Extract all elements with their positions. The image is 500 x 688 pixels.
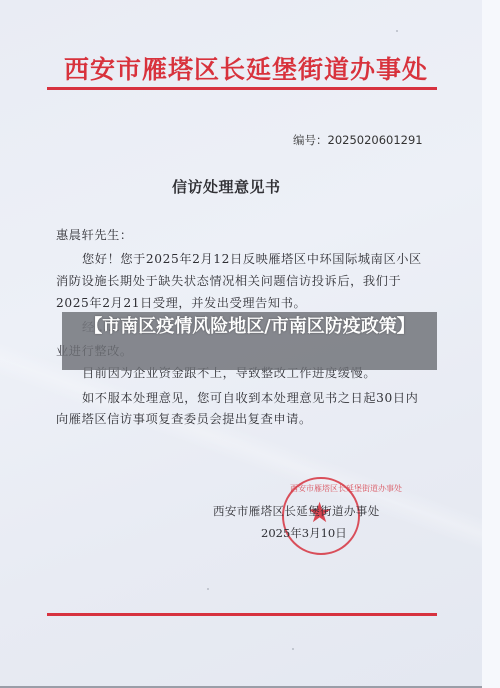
salutation: 惠晨轩先生：: [56, 226, 133, 243]
body-line: 向雁塔区信访事项复查委员会提出复查申请。: [56, 410, 312, 427]
letterhead-organization: 西安市雁塔区长延堡街道办事处: [60, 50, 432, 86]
body-line: 如不服本处理意见，您可自收到本处理意见书之日起30日内: [82, 389, 418, 406]
body-line: 您好！您于2025年2月12日反映雁塔区中环国际城南区小区: [82, 250, 422, 267]
signature-organization: 西安市雁塔区长延堡街道办事处: [213, 503, 380, 519]
paper-speck: [292, 648, 294, 650]
letterhead-red-rule: [47, 87, 437, 90]
caption-overlay: 【市南区疫情风险地区/市南区防疫政策】: [62, 312, 437, 370]
document-page: 西安市雁塔区长延堡街道办事处 编号：2025020601291 信访处理意见书 …: [0, 0, 482, 686]
paper-speck: [396, 30, 398, 32]
page-margin-right: [482, 0, 500, 688]
caption-text: 【市南区疫情风险地区/市南区防疫政策】: [62, 314, 437, 340]
body-line: 2025年2月21日受理，并发出受理告知书。: [56, 294, 306, 311]
seal-text: 西安市雁塔区长延堡街道办事处: [290, 483, 352, 494]
signature-date: 2025年3月10日: [261, 525, 347, 541]
body-line: 消防设施长期处于缺失状态情况相关问题信访投诉后，我们于: [56, 272, 401, 289]
paper-speck: [207, 588, 209, 590]
footer-red-rule: [47, 613, 437, 616]
document-number: 编号：2025020601291: [293, 132, 423, 148]
document-title: 信访处理意见书: [172, 176, 281, 197]
